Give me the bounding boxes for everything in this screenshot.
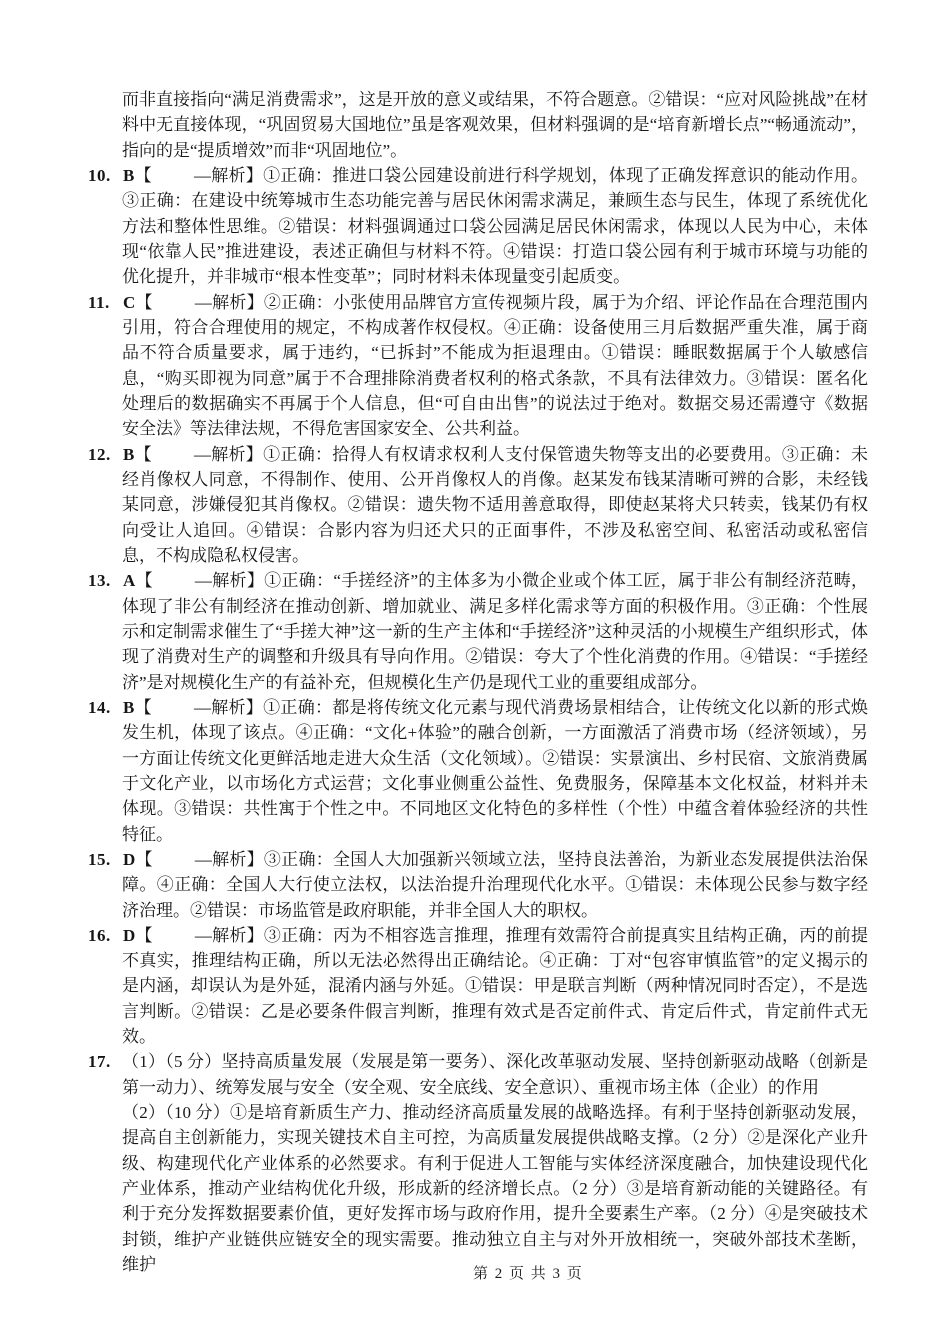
analysis-label: —解析】 (194, 445, 263, 464)
bracket-open: 【 (135, 850, 153, 869)
answer-item-17: 17. （1）（5 分）坚持高质量发展（发展是第一要务）、深化改革驱动发展、坚持… (122, 1049, 868, 1277)
analysis-label: —解析】 (194, 166, 263, 185)
answer-17-part2: （2）（10 分）①是培育新质生产力、推动经济高质量发展的战略选择。有利于坚持创… (122, 1100, 868, 1277)
answer-item-14: 14. B【—解析】①正确：都是将传统文化元素与现代消费场景相结合，让传统文化以… (122, 695, 868, 847)
question-number-13: 13. (88, 568, 111, 593)
analysis-label: —解析】 (194, 698, 263, 717)
question-number-10: 10. (88, 163, 111, 188)
answer-letter-12: B (122, 445, 134, 464)
answer-letter-10: B (122, 166, 134, 185)
answer-item-12: 12. B【—解析】①正确：拾得人有权请求权利人支付保管遗失物等支出的必要费用。… (122, 442, 868, 569)
answer-letter-15: D (122, 850, 135, 869)
question-number-15: 15. (88, 847, 111, 872)
answer-item-10: 10. B【—解析】①正确：推进口袋公园建设前进行科学规划，体现了正确发挥意识的… (122, 163, 868, 290)
analysis-paragraph-11: C【—解析】②正确：小张使用品牌官方宣传视频片段，属于为介绍、评论作品在合理范围… (122, 290, 868, 442)
answer-item-13: 13. A【—解析】①正确：“手搓经济”的主体多为小微企业或个体工匠，属于非公有… (122, 568, 868, 695)
bracket-open: 【 (135, 571, 153, 590)
analysis-text-11: ②正确：小张使用品牌官方宣传视频片段，属于为介绍、评论作品在合理范围内引用，符合… (122, 293, 868, 439)
analysis-text-14: ①正确：都是将传统文化元素与现代消费场景相结合，让传统文化以新的形式焕发生机，体… (122, 698, 868, 844)
analysis-label: —解析】 (195, 926, 264, 945)
answer-letter-11: C (122, 293, 135, 312)
question-number-14: 14. (88, 695, 111, 720)
question-number-17: 17. (88, 1049, 111, 1074)
answer-letter-14: B (122, 698, 134, 717)
analysis-paragraph-14: B【—解析】①正确：都是将传统文化元素与现代消费场景相结合，让传统文化以新的形式… (122, 695, 868, 847)
answer-9-continuation-text: 而非直接指向“满足消费需求”，这是开放的意义或结果，不符合题意。②错误：“应对风… (122, 87, 868, 163)
answer-letter-16: D (122, 926, 135, 945)
analysis-paragraph-15: D【—解析】③正确：全国人大加强新兴领域立法，坚持良法善治，为新业态发展提供法治… (122, 847, 868, 923)
question-number-16: 16. (88, 923, 111, 948)
analysis-paragraph-13: A【—解析】①正确：“手搓经济”的主体多为小微企业或个体工匠，属于非公有制经济范… (122, 568, 868, 695)
answer-item-11: 11. C【—解析】②正确：小张使用品牌官方宣传视频片段，属于为介绍、评论作品在… (122, 290, 868, 442)
bracket-open: 【 (134, 166, 152, 185)
bracket-open: 【 (135, 293, 153, 312)
question-number-11: 11. (88, 290, 110, 315)
analysis-paragraph-12: B【—解析】①正确：拾得人有权请求权利人支付保管遗失物等支出的必要费用。③正确：… (122, 442, 868, 569)
answer-letter-13: A (122, 571, 135, 590)
analysis-label: —解析】 (195, 850, 264, 869)
analysis-paragraph-10: B【—解析】①正确：推进口袋公园建设前进行科学规划，体现了正确发挥意识的能动作用… (122, 163, 868, 290)
answer-key-page: 而非直接指向“满足消费需求”，这是开放的意义或结果，不符合题意。②错误：“应对风… (0, 0, 950, 1344)
page-footer: 第 2 页 共 3 页 (473, 1262, 583, 1283)
analysis-paragraph-16: D【—解析】③正确：丙为不相容选言推理，推理有效需符合前提真实且结构正确，丙的前… (122, 923, 868, 1050)
analysis-label: —解析】 (195, 293, 264, 312)
bracket-open: 【 (135, 926, 153, 945)
analysis-label: —解析】 (195, 571, 264, 590)
answer-item-16: 16. D【—解析】③正确：丙为不相容选言推理，推理有效需符合前提真实且结构正确… (122, 923, 868, 1050)
answer-key-content: 而非直接指向“满足消费需求”，这是开放的意义或结果，不符合题意。②错误：“应对风… (122, 87, 868, 1277)
bracket-open: 【 (134, 445, 152, 464)
bracket-open: 【 (134, 698, 152, 717)
answer-item-15: 15. D【—解析】③正确：全国人大加强新兴领域立法，坚持良法善治，为新业态发展… (122, 847, 868, 923)
question-number-12: 12. (88, 442, 111, 467)
answer-17-part1: （1）（5 分）坚持高质量发展（发展是第一要务）、深化改革驱动发展、坚持创新驱动… (122, 1049, 868, 1100)
